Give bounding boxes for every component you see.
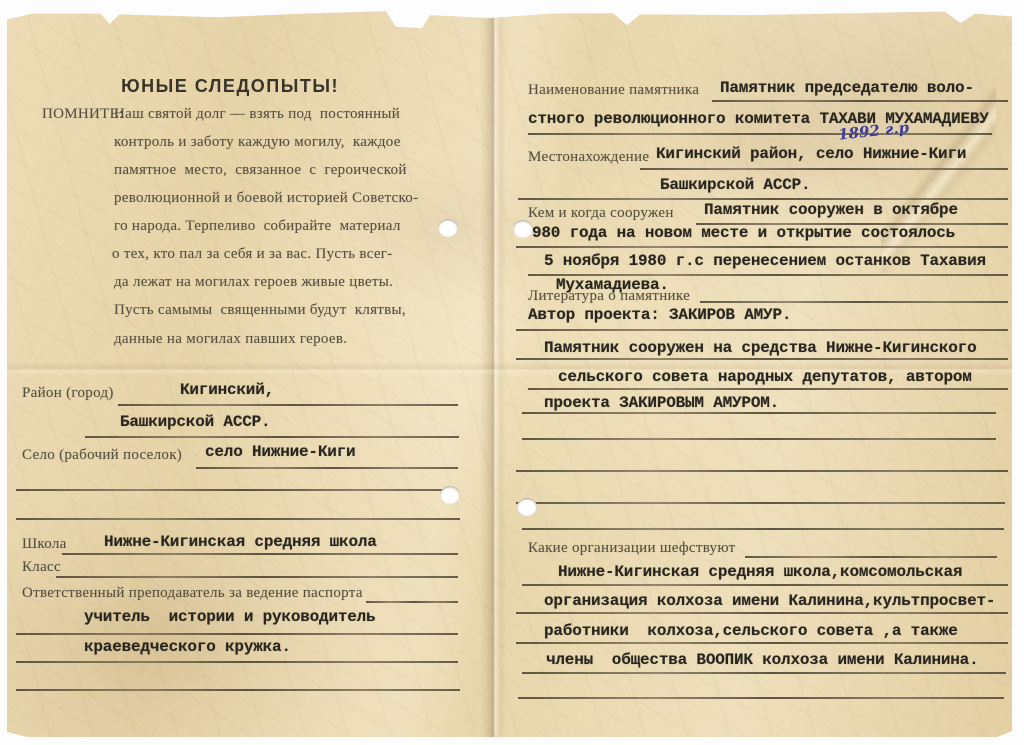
punch-hole bbox=[438, 219, 458, 237]
ruled-line bbox=[528, 388, 1008, 390]
punch-hole bbox=[513, 220, 533, 238]
ruled-line bbox=[516, 470, 1008, 472]
ruled-line bbox=[516, 329, 1008, 331]
field-value-patron-orgs-line4: члены общества ВООПИК колхоза имени Кали… bbox=[546, 651, 978, 669]
field-label-patron-orgs: Какие организации шефствуют bbox=[528, 540, 736, 557]
ruled-line bbox=[712, 100, 1008, 102]
field-value-built-line1: Памятник сооружен в октябре bbox=[704, 201, 958, 219]
ruled-line bbox=[516, 612, 1008, 614]
field-label-location: Местонахождение bbox=[528, 149, 649, 166]
field-value-patron-orgs-line1: Нижне-Кигинская средняя школа,комсомольс… bbox=[558, 563, 962, 581]
field-value-built-line3: 5 ноября 1980 г.с перенесением останков … bbox=[544, 252, 986, 270]
ruled-line bbox=[516, 358, 1008, 360]
ruled-line bbox=[516, 502, 1005, 504]
ruled-line bbox=[522, 412, 996, 414]
field-label-built: Кем и когда сооружен bbox=[528, 205, 674, 222]
field-value-funding-line1: Памятник сооружен на средства Нижне-Киги… bbox=[544, 339, 976, 357]
ruled-line bbox=[516, 246, 1008, 248]
field-value-patron-orgs-line2: организация колхоза имени Калинина,культ… bbox=[544, 592, 995, 610]
field-value-monument-name-line2: стного революционного комитета ТАХАВИ МУ… bbox=[528, 110, 989, 128]
right-page: Наименование памятника Памятник председа… bbox=[0, 0, 1024, 745]
ruled-line bbox=[522, 672, 1006, 674]
ruled-line bbox=[640, 168, 1008, 170]
field-value-author: Автор проекта: ЗАКИРОВ АМУР. bbox=[528, 306, 791, 324]
field-value-funding-line3: проекта ЗАКИРОВЫМ АМУРОМ. bbox=[544, 394, 779, 412]
field-label-literature: Литература о памятнике bbox=[528, 288, 690, 305]
ruled-line bbox=[745, 556, 997, 558]
ruled-line bbox=[528, 133, 992, 135]
field-value-location-line1: Кигинский район, село Нижние-Киги bbox=[656, 145, 966, 163]
punch-hole bbox=[440, 486, 460, 504]
field-label-monument-name: Наименование памятника bbox=[528, 82, 699, 99]
ruled-line bbox=[518, 198, 1008, 200]
ruled-line bbox=[516, 642, 1008, 644]
field-value-funding-line2: сельского совета народных депутатов, авт… bbox=[558, 368, 972, 386]
field-value-patron-orgs-line3: работники колхоза,сельского совета ,а та… bbox=[544, 622, 958, 640]
field-value-built-line2: 980 года на новом месте и открытие состо… bbox=[532, 224, 955, 242]
field-value-monument-name-line1: Памятник председателю воло- bbox=[720, 79, 974, 97]
ruled-line bbox=[522, 528, 1004, 530]
ruled-line bbox=[700, 301, 1008, 303]
punch-hole bbox=[517, 498, 537, 516]
ruled-line bbox=[518, 697, 1004, 699]
field-value-location-line2: Башкирской АССР. bbox=[660, 176, 810, 194]
scanned-document: ЮНЫЕ СЛЕДОПЫТЫ! ПОМНИТЕ: Наш святой долг… bbox=[0, 0, 1024, 745]
ruled-line bbox=[522, 584, 1008, 586]
ruled-line bbox=[522, 438, 996, 440]
